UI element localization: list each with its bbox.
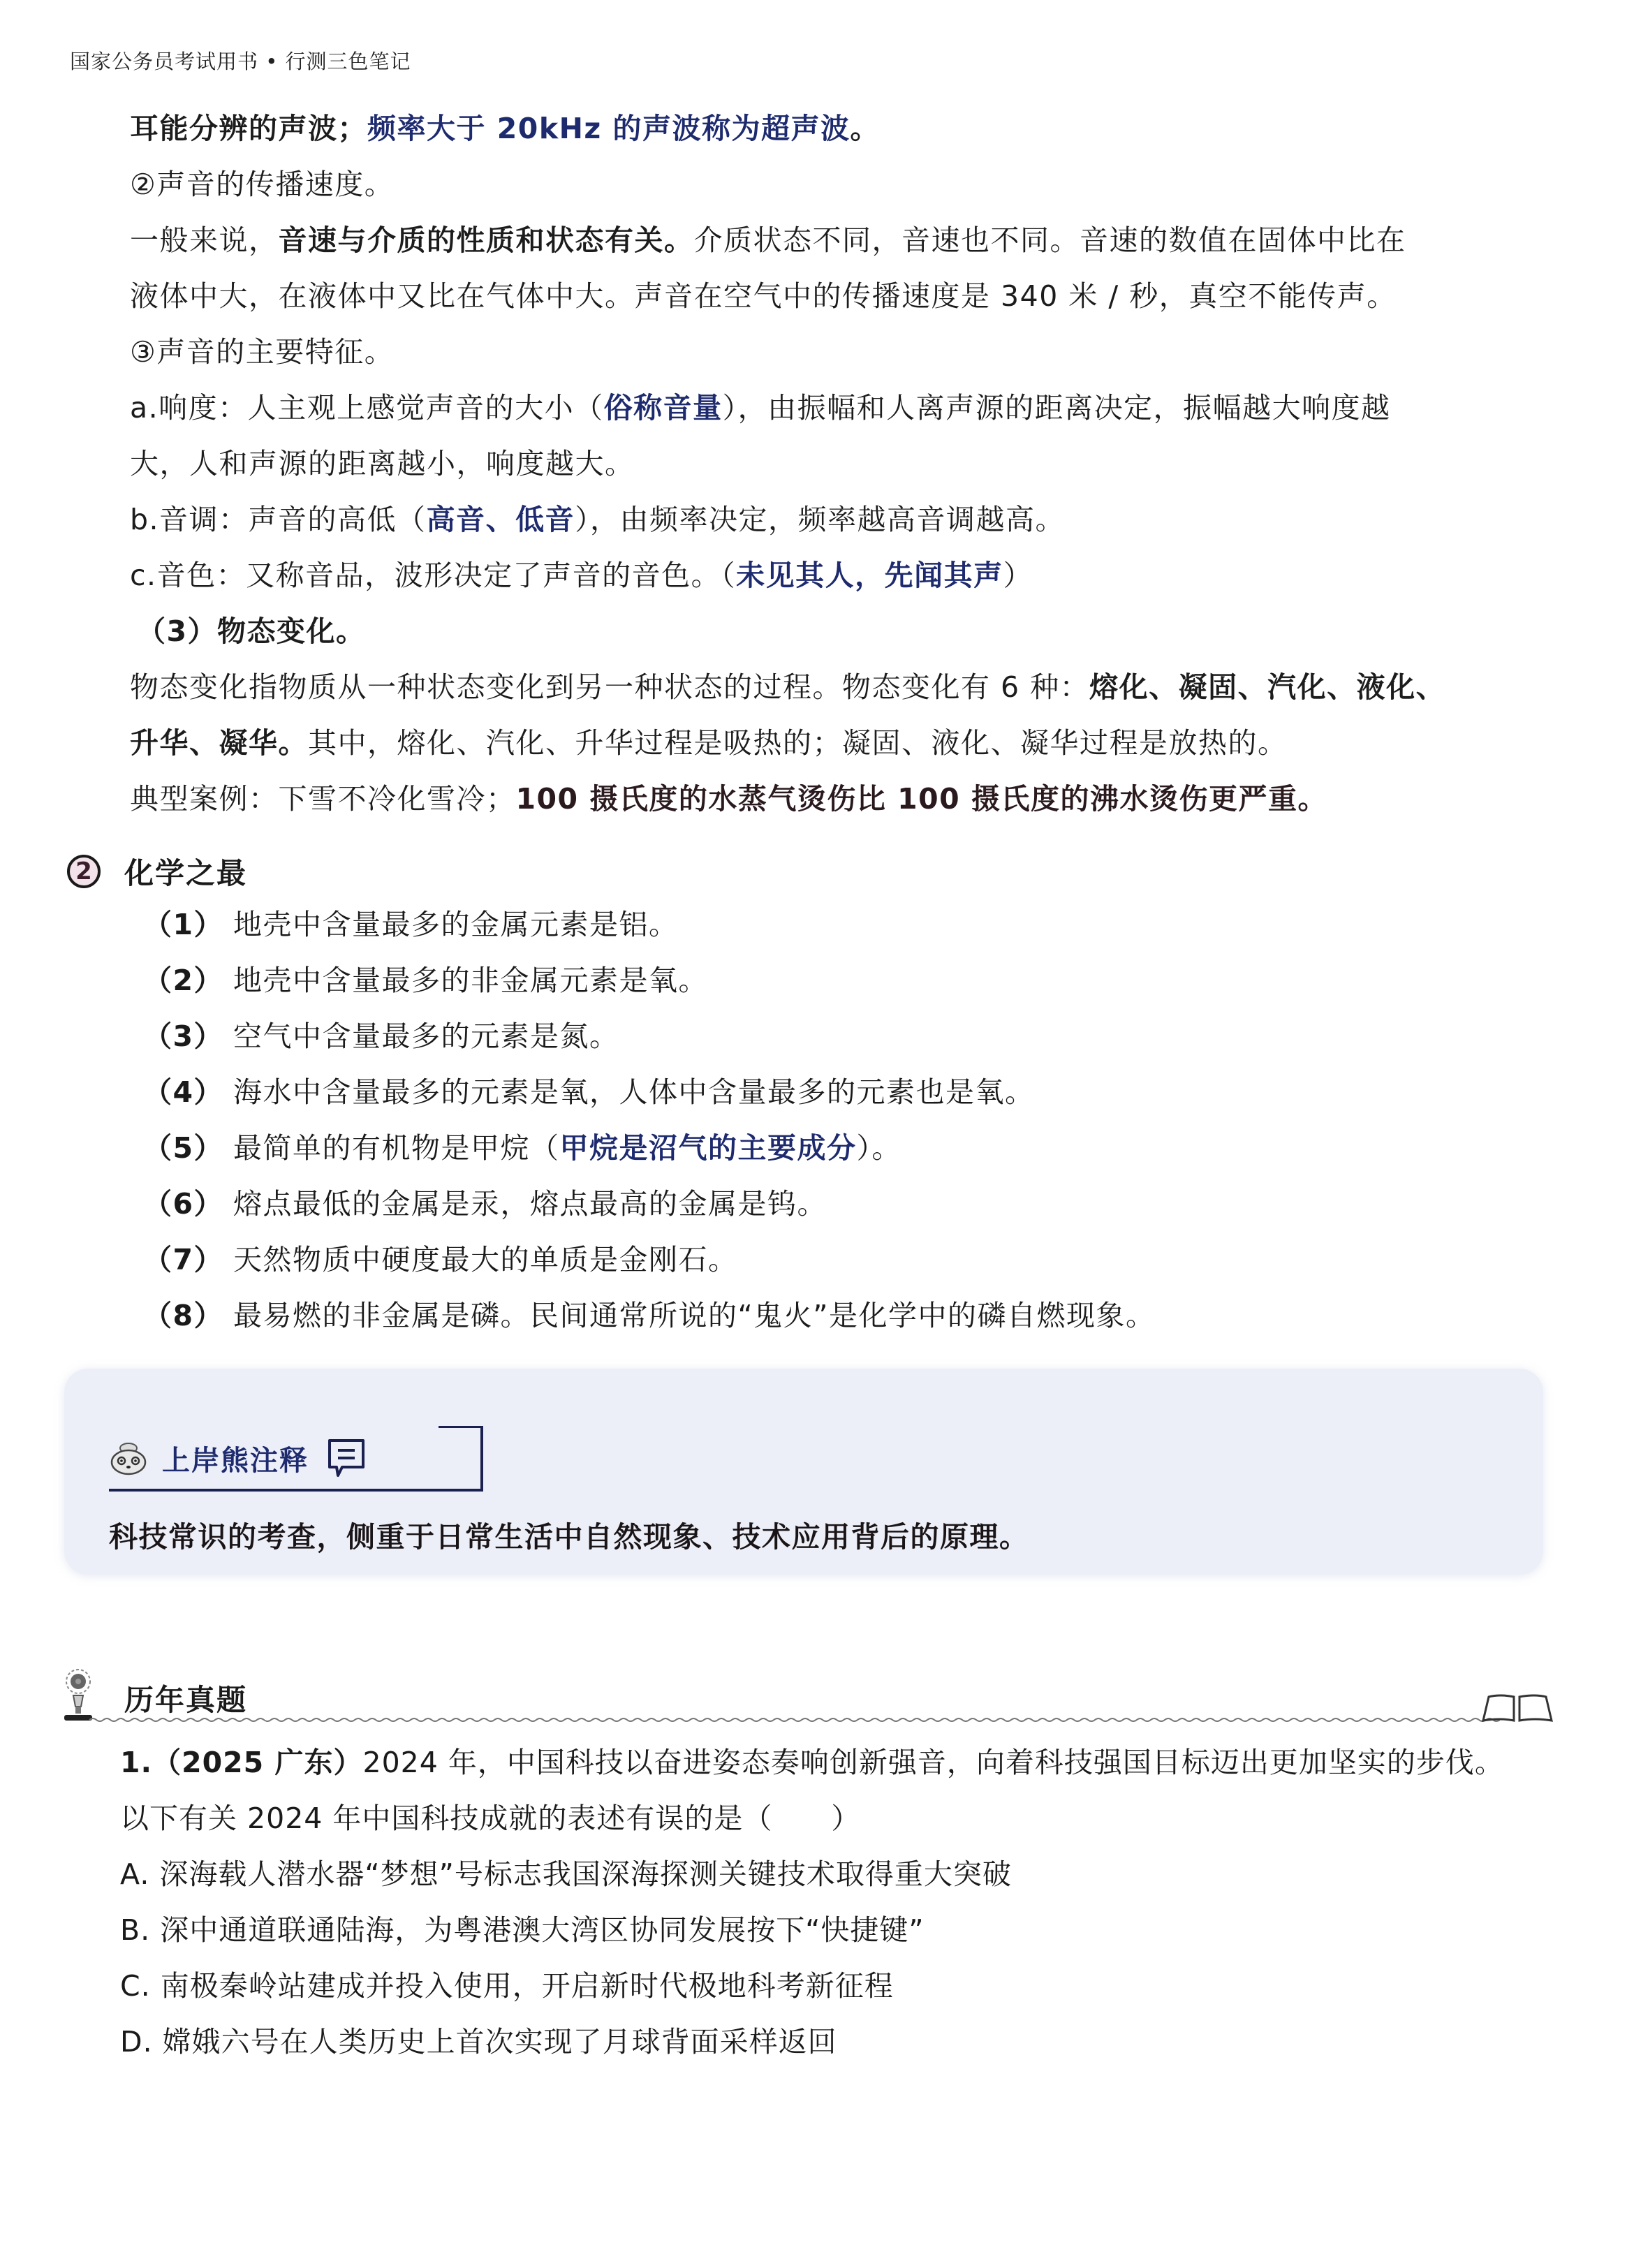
speed-heading: ②声音的传播速度。 (130, 165, 394, 204)
loudness-text-b: ），由振幅和人离声源的距离决定，振幅越大响度越 (723, 391, 1391, 425)
period: 。 (851, 112, 881, 145)
loudness-text-a: a.响度：人主观上感觉声音的大小（ (130, 391, 604, 425)
phase-paragraph-line2: 升华、凝华。其中，熔化、汽化、升华过程是吸热的；凝固、液化、凝华过程是放热的。 (130, 723, 1288, 763)
note-header: 上岸熊注释 (109, 1438, 366, 1478)
speed-text-b: 介质状态不同，音速也不同。音速的数值在固体中比在 (694, 223, 1406, 257)
item-text: 海水中含量最多的元素是氧，人体中含量最多的元素也是氧。 (233, 1075, 1035, 1109)
timbre-line: c.音色：又称音品，波形决定了声音的音色。（未见其人，先闻其声） (130, 556, 1033, 595)
phase-paragraph-line1: 物态变化指物质从一种状态变化到另一种状态的过程。物态变化有 6 种：熔化、凝固、… (130, 668, 1445, 707)
list-item: （8）最易燃的非金属是磷。民间通常所说的“鬼火”是化学中的磷自燃现象。 (143, 1296, 1156, 1335)
wavy-divider (61, 1716, 1500, 1723)
chemistry-heading: 2 化学之最 (67, 850, 247, 892)
pitch-sep: 、 (486, 503, 516, 536)
question-number: 1.（2025 广东） (120, 1746, 363, 1779)
item-text: 地壳中含量最多的金属元素是铝。 (233, 908, 679, 941)
past-exams-header: 历年真题 (61, 1667, 1563, 1723)
question-stem-line1: 1.（2025 广东）2024 年，中国科技以奋进姿态奏响创新强音，向着科技强国… (120, 1743, 1504, 1782)
ultrasound-definition: 频率大于 20kHz 的声波称为超声波 (367, 112, 851, 145)
phase-types-1: 熔化、凝固、汽化、液化、 (1089, 670, 1445, 704)
speed-paragraph-line1: 一般来说，音速与介质的性质和状态有关。介质状态不同，音速也不同。音速的数值在固体… (130, 221, 1406, 260)
pitch-text-b: ），由频率决定，频率越高音调越高。 (575, 503, 1065, 536)
list-item: （1）地壳中含量最多的金属元素是铝。 (143, 905, 679, 944)
list-item: （4）海水中含量最多的元素是氧，人体中含量最多的元素也是氧。 (143, 1073, 1035, 1112)
item-number: （6） (143, 1187, 223, 1221)
question-stem-text: 2024 年，中国科技以奋进姿态奏响创新强音，向着科技强国目标迈出更加坚实的步伐… (363, 1746, 1504, 1779)
past-exams-title: 历年真题 (124, 1677, 247, 1719)
list-item: （2）地壳中含量最多的非金属元素是氧。 (143, 961, 708, 1000)
note-underline (109, 1489, 483, 1492)
option-d[interactable]: D. 嫦娥六号在人类历史上首次实现了月球背面采样返回 (120, 2022, 837, 2061)
example-key-point: 100 摄氏度的水蒸气烫伤比 100 摄氏度的沸水烫伤更严重。 (516, 782, 1328, 816)
circled-number-icon: 2 (67, 855, 101, 888)
question-stem-line2: 以下有关 2024 年中国科技成就的表述有误的是（ ） (120, 1799, 860, 1838)
speed-paragraph-line2: 液体中大，在液体中又比在气体中大。声音在空气中的传播速度是 340 米 / 秒，… (130, 277, 1397, 316)
speed-key-point: 音速与介质的性质和状态有关。 (279, 223, 694, 257)
loudness-highlight: 俗称音量 (604, 391, 723, 425)
item-text: 熔点最低的金属是汞，熔点最高的金属是钨。 (233, 1187, 827, 1221)
item-number: （5） (143, 1131, 223, 1165)
note-box: 上岸熊注释 科技常识的考查，侧重于日常生活中自然现象、技术应用背后的原理。 (64, 1369, 1543, 1575)
timbre-sep: ， (855, 559, 885, 592)
loudness-line2: 大，人和声源的距离越小，响度越大。 (130, 444, 635, 483)
option-c[interactable]: C. 南极秦岭站建成并投入使用，开启新时代极地科考新征程 (120, 1966, 894, 2005)
option-a[interactable]: A. 深海载人潜水器“梦想”号标志我国深海探测关键技术取得重大突破 (120, 1855, 1012, 1894)
list-item: （6）熔点最低的金属是汞，熔点最高的金属是钨。 (143, 1184, 827, 1223)
item-text: 最简单的有机物是甲烷（ (233, 1131, 560, 1165)
pitch-highlight-high: 高音 (427, 503, 486, 536)
note-frame-top (439, 1426, 483, 1428)
loudness-line1: a.响度：人主观上感觉声音的大小（俗称音量），由振幅和人离声源的距离决定，振幅越… (130, 388, 1391, 427)
list-item: （3）空气中含量最多的元素是氮。 (143, 1017, 619, 1056)
phase-example: 典型案例：下雪不冷化雪冷；100 摄氏度的水蒸气烫伤比 100 摄氏度的沸水烫伤… (130, 779, 1327, 818)
lightbulb-icon (64, 1667, 92, 1722)
timbre-highlight-1: 未见其人 (736, 559, 855, 592)
item-number: （3） (143, 1019, 223, 1053)
pitch-line: b.音调：声音的高低（高音、低音），由频率决定，频率越高音调越高。 (130, 500, 1065, 539)
ultrasound-line: 耳能分辨的声波；频率大于 20kHz 的声波称为超声波。 (130, 109, 880, 148)
item-number: （1） (143, 908, 223, 941)
timbre-text-a: c.音色：又称音品，波形决定了声音的音色。（ (130, 559, 736, 592)
running-head: 国家公务员考试用书 • 行测三色笔记 (70, 46, 411, 75)
phase-heading: （3）物态变化。 (137, 612, 366, 651)
item-number: （2） (143, 964, 223, 997)
item-number: （4） (143, 1075, 223, 1109)
item-tail: ）。 (857, 1131, 902, 1165)
note-frame-right (480, 1426, 483, 1492)
bear-mascot-icon (109, 1440, 148, 1476)
open-book-icon (1479, 1694, 1556, 1722)
pitch-text-a: b.音调：声音的高低（ (130, 503, 427, 536)
timbre-text-b: ） (1003, 559, 1033, 592)
pitch-highlight-low: 低音 (515, 503, 575, 536)
list-item: （5）最简单的有机物是甲烷（甲烷是沼气的主要成分）。 (143, 1128, 901, 1168)
audible-text: 耳能分辨的声波； (130, 112, 367, 145)
list-item: （7）天然物质中硬度最大的单质是金刚石。 (143, 1240, 738, 1279)
example-text: 典型案例：下雪不冷化雪冷； (130, 782, 516, 816)
note-text: 科技常识的考查，侧重于日常生活中自然现象、技术应用背后的原理。 (109, 1514, 1029, 1555)
features-heading: ③声音的主要特征。 (130, 332, 394, 371)
phase-text-a: 物态变化指物质从一种状态变化到另一种状态的过程。物态变化有 6 种： (130, 670, 1089, 704)
item-text: 天然物质中硬度最大的单质是金刚石。 (233, 1243, 738, 1276)
item-number: （7） (143, 1243, 223, 1276)
timbre-highlight-2: 先闻其声 (885, 559, 1003, 592)
item-number: （8） (143, 1299, 223, 1332)
comment-icon (327, 1436, 366, 1480)
item-text: 最易燃的非金属是磷。民间通常所说的“鬼火”是化学中的磷自燃现象。 (233, 1299, 1155, 1332)
phase-text-b: 其中，熔化、汽化、升华过程是吸热的；凝固、液化、凝华过程是放热的。 (308, 726, 1288, 760)
speed-text-a: 一般来说， (130, 223, 279, 257)
phase-types-2: 升华、凝华。 (130, 726, 308, 760)
note-title: 上岸熊注释 (162, 1438, 309, 1478)
chemistry-title: 化学之最 (124, 850, 247, 892)
item-text: 地壳中含量最多的非金属元素是氧。 (233, 964, 708, 997)
item-highlight: 甲烷是沼气的主要成分 (560, 1131, 857, 1165)
item-text: 空气中含量最多的元素是氮。 (233, 1019, 619, 1053)
option-b[interactable]: B. 深中通道联通陆海，为粤港澳大湾区协同发展按下“快捷键” (120, 1910, 925, 1950)
